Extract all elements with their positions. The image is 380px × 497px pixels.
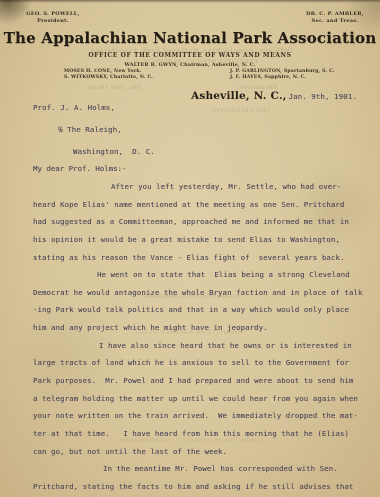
committee-member: J. F. HAYES, Sapphire, N. C.: [230, 75, 335, 81]
address-line: Prof. J. A. Holms,: [33, 103, 115, 112]
officer-secretary-name: DR. C. P. AMBLER,: [296, 11, 374, 18]
office-line: OFFICE OF THE COMMITTEE OF WAYS AND MEAN…: [0, 52, 380, 59]
body-line: -ing Park would talk politics and that i…: [33, 305, 363, 323]
body-line: I have also since heard that he owns or …: [33, 341, 363, 359]
body-line: his opinion it would be a great mistake …: [33, 235, 363, 253]
committee-member: S. WITKOWSKY, Charlotte, N. C.: [64, 75, 153, 81]
address-line: ℅ The Raleigh,: [58, 125, 122, 134]
officer-secretary-title: Sec. and Treas.: [296, 18, 374, 25]
letter-body: After you left yesterday, Mr. Settle, wh…: [33, 182, 363, 497]
body-line: After you left yesterday, Mr. Settle, wh…: [33, 182, 363, 200]
chairman-line: WALTER B. GWYN, Chairman, Asheville, N. …: [0, 62, 380, 68]
salutation: My dear Prof. Holms:-: [33, 164, 126, 173]
body-line: had suggested as a Committeeman, approac…: [33, 217, 363, 235]
scanned-letter-page: Officers, Appalachian National Park Asso…: [0, 0, 380, 497]
body-line: him and any project which he might have …: [33, 323, 363, 341]
body-line: ter at that time. I have heard from him …: [33, 429, 363, 447]
bleedthrough-text: VICE-PRESIDENTS:: [210, 108, 271, 114]
body-line: a telegram holding the matter up until w…: [33, 394, 363, 412]
body-line: Park purposes. Mr. Powel and I had prepa…: [33, 376, 363, 394]
body-line: large tracts of land which he is anxious…: [33, 358, 363, 376]
bleedthrough-text: SEC. AND TREAS.:: [84, 85, 141, 91]
organization-title: The Appalachian National Park Associatio…: [0, 29, 380, 47]
body-line: Democrat he would antagonize the whole B…: [33, 288, 363, 306]
body-line: can go, but not until the last of the we…: [33, 447, 363, 465]
body-line: Pritchard, stating the facts to him and …: [33, 482, 363, 497]
body-line: He went on to state that Elias being a s…: [33, 270, 363, 288]
committee-members-left: MOSES H. CONE, New York. S. WITKOWSKY, C…: [64, 69, 153, 81]
dateline-date: Jan. 9th, 1901.: [289, 92, 357, 101]
officer-president: GEO. S. POWELL, President.: [14, 11, 92, 24]
body-line: heard Kope Elias' name mentioned at the …: [33, 200, 363, 218]
body-line: stating as his reason the Vance - Elias …: [33, 253, 363, 271]
body-line: In the meantime Mr. Powel has correspond…: [33, 464, 363, 482]
body-line: your note written on the train arrived. …: [33, 411, 363, 429]
address-line: Washington, D. C.: [73, 147, 155, 156]
dateline: Asheville, N. C., Jan. 9th, 1901.: [191, 90, 357, 102]
officer-president-title: President.: [14, 18, 92, 25]
dateline-place: Asheville, N. C.,: [191, 90, 287, 102]
officer-secretary: DR. C. P. AMBLER, Sec. and Treas.: [296, 11, 374, 24]
committee-members-right: J. P. GARLINGTON, Spartanburg, S. C. J. …: [230, 69, 335, 81]
